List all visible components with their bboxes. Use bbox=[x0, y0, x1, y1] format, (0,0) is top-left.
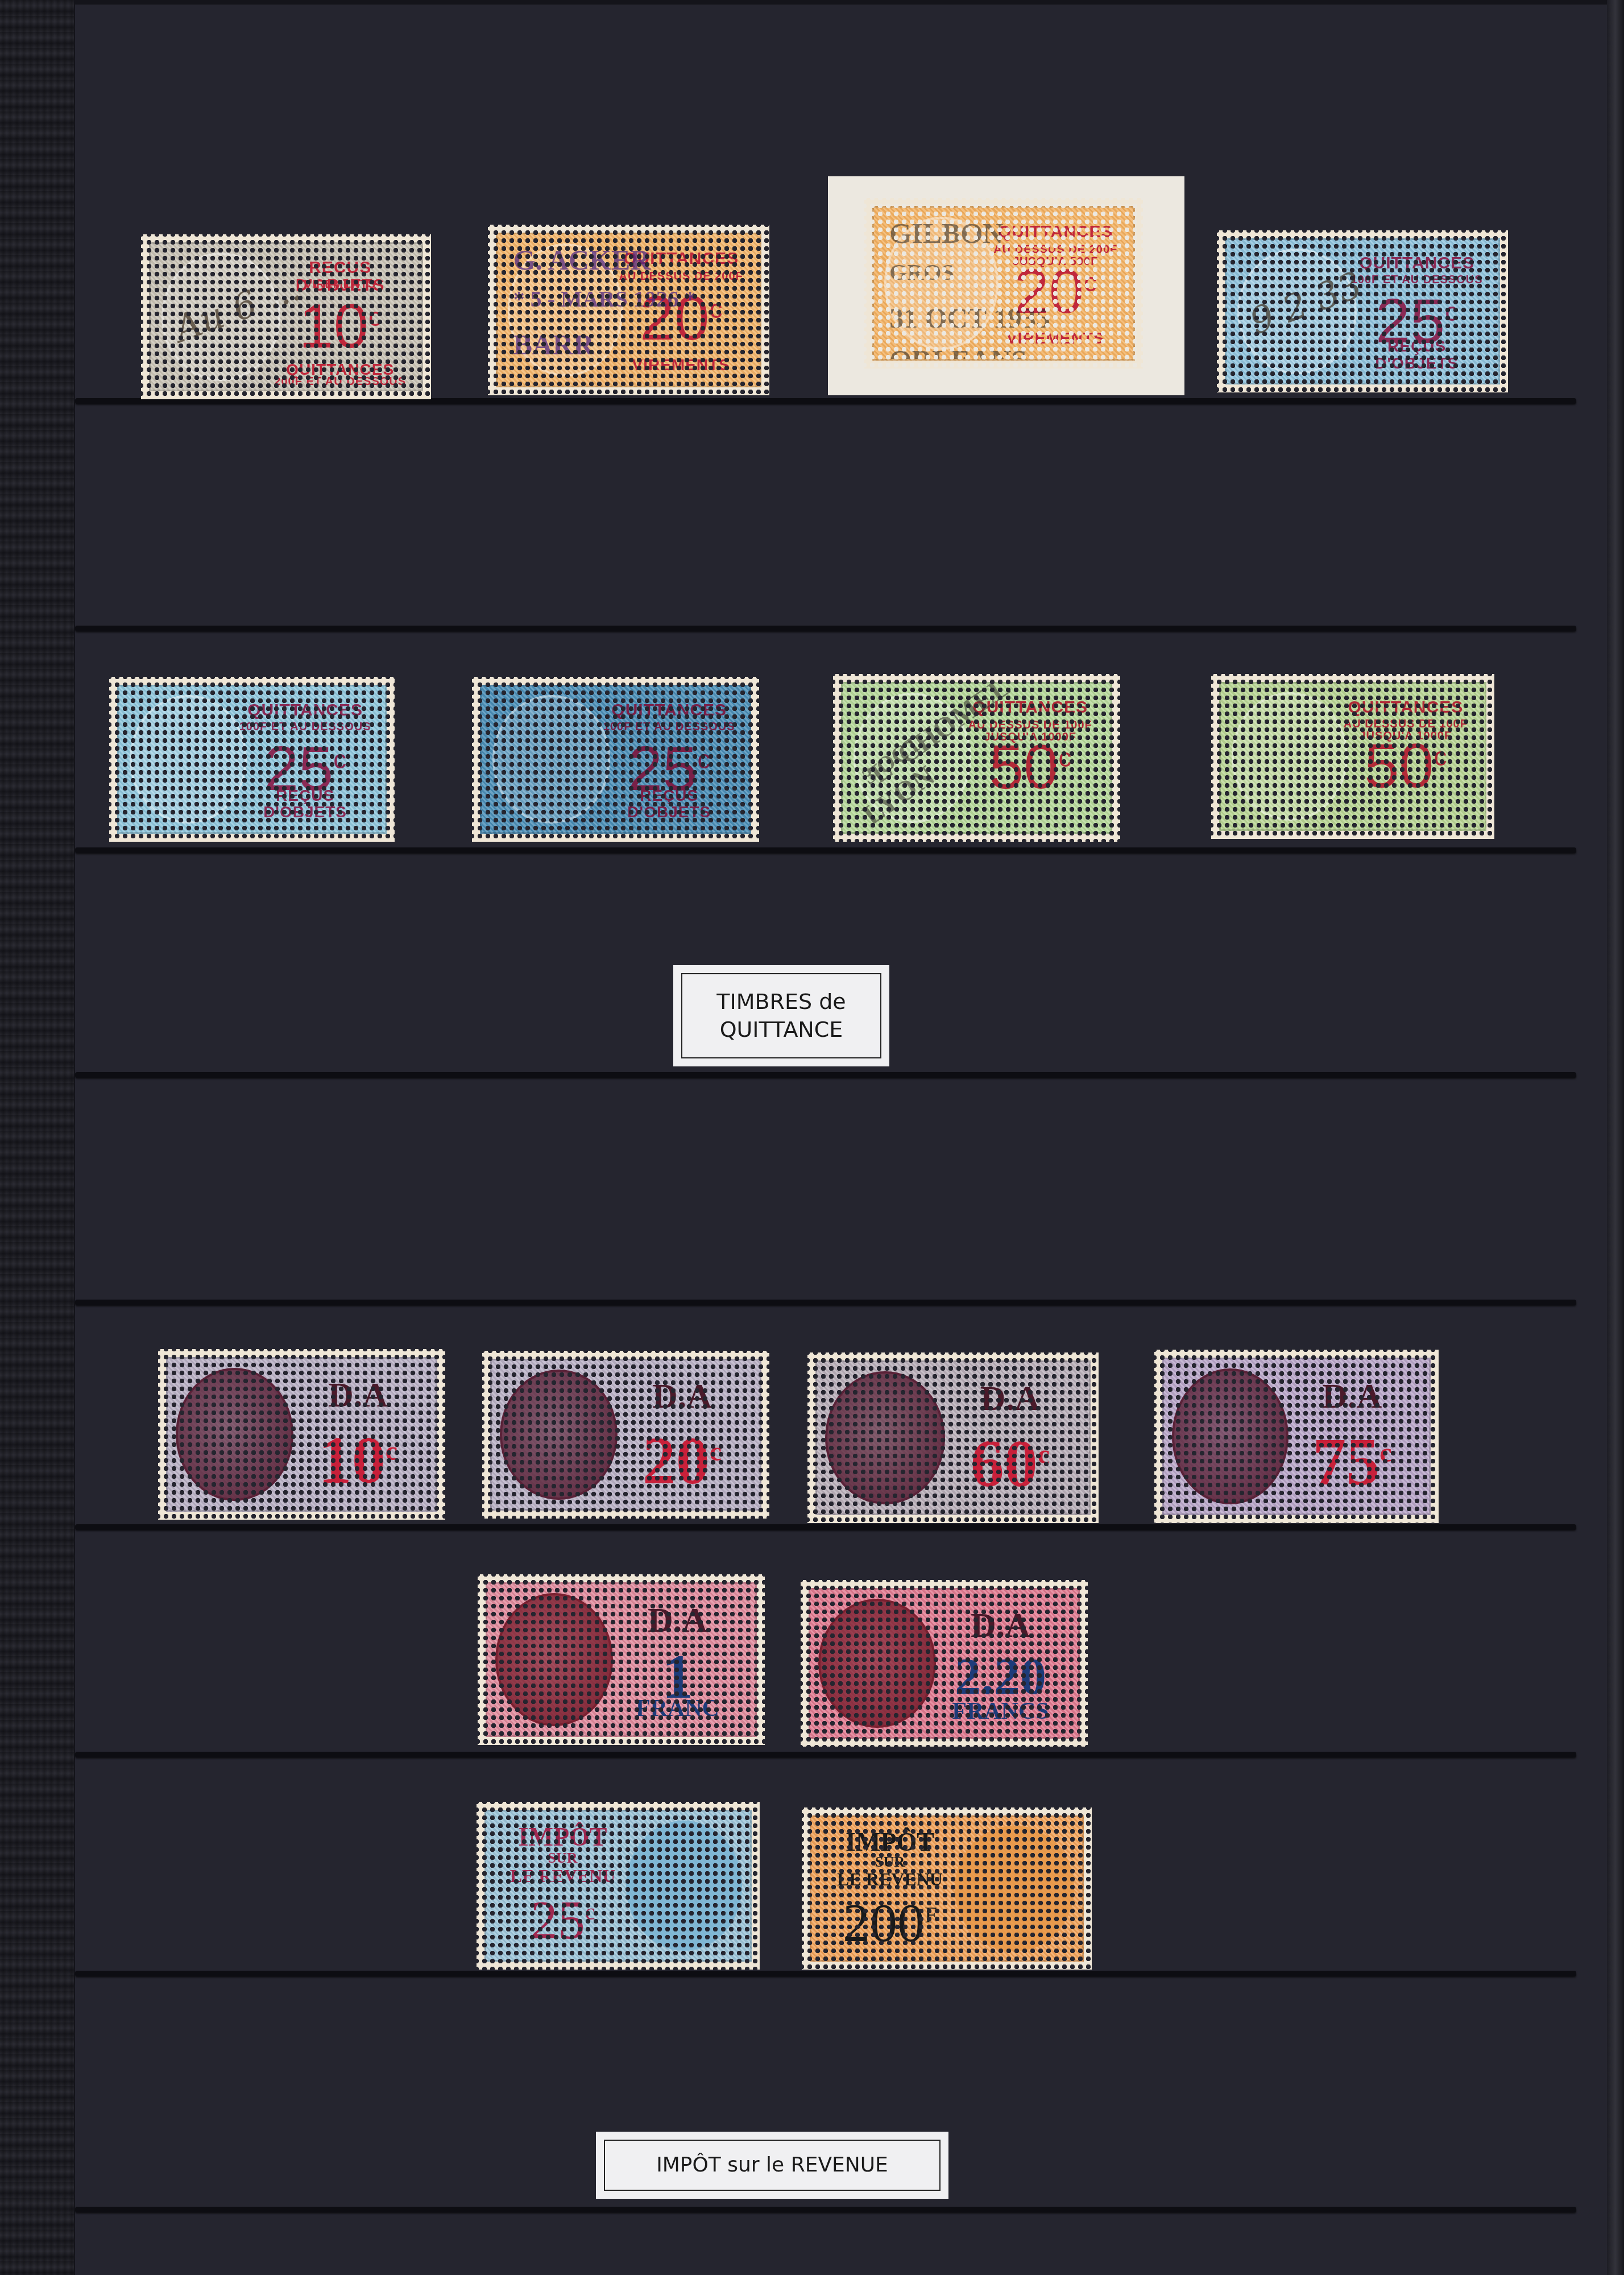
stamp-quittance-20c-acker[interactable]: QUITTANCESAU DESSUS DE 200F20cVIREMENTSG… bbox=[488, 225, 769, 395]
stamp-series: D.A bbox=[291, 1377, 425, 1414]
marianne-portrait-icon bbox=[176, 1368, 293, 1501]
stamp-value-unit: c bbox=[1038, 1440, 1050, 1470]
label-line: IMPÔT sur le REVENUE bbox=[656, 2152, 888, 2179]
stamp-heading: QUITTANCES bbox=[236, 701, 374, 719]
stamp-value-unit: c bbox=[585, 1899, 595, 1925]
stamp-sub: SUR bbox=[819, 1854, 960, 1869]
postmark-cancel: 31 OCT 1935 bbox=[889, 301, 1050, 334]
stamp-value: 20c bbox=[615, 1426, 749, 1496]
album-right-edge bbox=[1607, 0, 1624, 2275]
stamp-value: 25c bbox=[494, 1892, 631, 1949]
stamp-value: 50c bbox=[960, 734, 1100, 800]
stamp-frame: D.A1FRANC bbox=[486, 1582, 757, 1737]
stamp-frame: D.A10c bbox=[166, 1357, 437, 1512]
strip-line bbox=[75, 1072, 1576, 1078]
stamp-title: IMPÔT bbox=[819, 1829, 960, 1856]
stamp-quittance-10c[interactable]: REÇUS D'OBJETSVIREMENTS10cQUITTANCES200F… bbox=[141, 234, 431, 399]
stamp-da-2-20-francs[interactable]: D.A2.20FRANCS bbox=[801, 1580, 1088, 1747]
section-label-quittance: TIMBRES deQUITTANCE bbox=[673, 965, 889, 1066]
stamp-frame: D.A75c bbox=[1162, 1358, 1431, 1515]
stamp-value-unit: c bbox=[333, 744, 346, 774]
stamp-value: 10c bbox=[291, 1425, 425, 1496]
stamp-value: 200F bbox=[819, 1895, 960, 1952]
stamp-frame: IMPÔTSURLE REVENU200F bbox=[810, 1815, 1084, 1962]
stamp-frame: D.A2.20FRANCS bbox=[809, 1588, 1080, 1739]
postmark-cancel: ORLEANS bbox=[889, 344, 1027, 361]
stamp-value: 60c bbox=[942, 1429, 1078, 1499]
stamp-da-60c[interactable]: D.A60c bbox=[807, 1352, 1099, 1523]
stamp-heading: QUITTANCES bbox=[988, 223, 1123, 241]
stamp-subheading: 100F ET AU DESSOUS bbox=[236, 721, 374, 733]
stamp-value-unit: c bbox=[1445, 297, 1458, 327]
stamp-value-unit: c bbox=[1379, 1438, 1391, 1468]
marianne-portrait-icon bbox=[1172, 1368, 1289, 1504]
stamp-frame: D.A60c bbox=[815, 1360, 1091, 1515]
strip-line bbox=[75, 1752, 1576, 1757]
stamp-da-10c[interactable]: D.A10c bbox=[158, 1349, 445, 1520]
stamp-quittance-25c-b[interactable]: QUITTANCES100F ET AU DESSOUS25cREÇUS D'O… bbox=[472, 677, 759, 842]
strip-line bbox=[75, 1524, 1576, 1530]
stamp-value-unit: c bbox=[1058, 743, 1071, 772]
marianne-portrait-icon bbox=[492, 695, 610, 823]
strip-line bbox=[75, 1300, 1576, 1305]
stamp-value-unit: c bbox=[368, 302, 382, 332]
stamp-footer: REÇUS D'OBJETS bbox=[599, 787, 739, 821]
stamp-sub-2: LE REVENU bbox=[819, 1870, 960, 1889]
stamp-footer-2: 200F ET AU DESSOUS bbox=[270, 376, 411, 388]
stamp-value: 50c bbox=[1337, 733, 1474, 799]
stamp-subheading: 100F ET AU DESSOUS bbox=[1346, 274, 1488, 286]
stamp-value-unit: c bbox=[697, 744, 710, 774]
label-line: TIMBRES de bbox=[716, 988, 846, 1016]
stamp-title: IMPÔT bbox=[494, 1823, 631, 1851]
marianne-portrait-icon bbox=[626, 1821, 742, 1951]
stamp-quittance-50c-a[interactable]: QUITTANCESAU DESSUS DE 100F JUSQU'A 1000… bbox=[833, 674, 1120, 842]
postmark-cancel: * 5 - MARS 1926 * bbox=[513, 286, 696, 312]
stamp-unit: FRANCS bbox=[934, 1699, 1068, 1724]
stamp-impot-25c[interactable]: IMPÔTSURLE REVENU25c bbox=[477, 1802, 760, 1970]
marianne-portrait-icon bbox=[955, 1826, 1074, 1951]
section-label-revenu: IMPÔT sur le REVENUE bbox=[596, 2132, 948, 2199]
stamp-series: D.A bbox=[934, 1607, 1068, 1644]
stamp-unit: FRANC bbox=[611, 1696, 745, 1721]
marianne-portrait-icon bbox=[130, 695, 247, 823]
stamp-sub: SUR bbox=[494, 1850, 631, 1865]
stamp-series: D.A bbox=[942, 1380, 1078, 1417]
stamp-series: D.A bbox=[615, 1378, 749, 1415]
stamp-frame: QUITTANCESAU DESSUS DE 200F20cVIREMENTSG… bbox=[496, 233, 761, 387]
stamp-frame: QUITTANCES100F ET AU DESSOUS25cREÇUS D'O… bbox=[480, 685, 751, 834]
marianne-portrait-icon bbox=[818, 1599, 936, 1728]
marianne-portrait-icon bbox=[1232, 692, 1348, 820]
stamp-frame: QUITTANCES100F ET AU DESSOUS25cREÇUS D'O… bbox=[1225, 238, 1500, 384]
stamp-da-75c[interactable]: D.A75c bbox=[1154, 1350, 1439, 1523]
stamp-value-unit: c bbox=[386, 1436, 397, 1466]
stamp-footer: REÇUS D'OBJETS bbox=[1346, 338, 1488, 371]
postmark-cancel: GILBON bbox=[889, 217, 1003, 250]
stamp-frame: QUITTANCESAU DESSUS DE 100F JUSQU'A 1000… bbox=[841, 682, 1112, 834]
stamp-quittance-25c-a[interactable]: QUITTANCES100F ET AU DESSOUS25cREÇUS D'O… bbox=[109, 677, 395, 842]
stamp-frame: QUITTANCESAU DESSUS DE 200F JUSQU'A 500F… bbox=[872, 206, 1135, 361]
stamp-quittance-25c[interactable]: QUITTANCES100F ET AU DESSOUS25cREÇUS D'O… bbox=[1217, 230, 1508, 392]
stamp-series: D.A bbox=[1286, 1378, 1418, 1415]
stamp-frame: QUITTANCESAU DESSUS DE 100F JUSQU'A 1000… bbox=[1219, 682, 1486, 831]
stamp-impot-200f[interactable]: IMPÔTSURLE REVENU200F bbox=[802, 1807, 1092, 1970]
label-line: QUITTANCE bbox=[716, 1016, 846, 1044]
strip-line bbox=[75, 2207, 1576, 2212]
stamp-heading: QUITTANCES bbox=[1346, 254, 1488, 272]
stamp-value: 75c bbox=[1286, 1427, 1418, 1498]
stamp-da-1-franc[interactable]: D.A1FRANC bbox=[478, 1574, 765, 1745]
stamp-value-unit: c bbox=[710, 1437, 722, 1467]
marianne-portrait-icon bbox=[495, 1593, 613, 1726]
stamp-value-unit: F bbox=[925, 1902, 937, 1927]
album-binding bbox=[0, 0, 74, 2275]
stamp-quittance-20c-gilbon[interactable]: QUITTANCESAU DESSUS DE 200F JUSQU'A 500F… bbox=[864, 198, 1143, 369]
postmark-cancel: BARR bbox=[513, 328, 594, 361]
strip-line bbox=[75, 847, 1576, 853]
stamp-heading: QUITTANCES bbox=[599, 701, 739, 719]
stamp-footer: VIREMENTS bbox=[613, 357, 749, 373]
stamp-value-unit: c bbox=[709, 295, 722, 324]
postmark-cancel: GROS bbox=[889, 259, 954, 286]
strip-line bbox=[75, 626, 1576, 631]
stamp-subheading: 100F ET AU DESSOUS bbox=[599, 721, 739, 733]
stamp-value-unit: c bbox=[1084, 268, 1097, 297]
stamp-footer: REÇUS D'OBJETS bbox=[236, 787, 374, 821]
stamp-sub-2: LE REVENU bbox=[494, 1867, 631, 1886]
strip-line bbox=[75, 1971, 1576, 1976]
marianne-portrait-icon bbox=[500, 1370, 618, 1500]
stamp-quittance-50c-b[interactable]: QUITTANCESAU DESSUS DE 100F JUSQU'A 1000… bbox=[1211, 674, 1494, 839]
stamp-value-unit: c bbox=[1434, 742, 1447, 771]
stamp-frame: QUITTANCES100F ET AU DESSOUS25cREÇUS D'O… bbox=[117, 685, 387, 834]
stamp-frame: IMPÔTSURLE REVENU25c bbox=[484, 1810, 752, 1962]
stamp-da-20c[interactable]: D.A20c bbox=[482, 1351, 769, 1519]
stamp-heading: QUITTANCES bbox=[1337, 698, 1474, 717]
stamp-value: 2.20 bbox=[934, 1649, 1068, 1704]
stamp-frame: D.A20c bbox=[490, 1359, 761, 1511]
stamp-frame: REÇUS D'OBJETSVIREMENTS10cQUITTANCES200F… bbox=[149, 242, 423, 391]
marianne-portrait-icon bbox=[825, 1371, 944, 1504]
postmark-cancel: G. ACKER bbox=[513, 243, 651, 276]
stamp-series: D.A bbox=[611, 1602, 745, 1639]
